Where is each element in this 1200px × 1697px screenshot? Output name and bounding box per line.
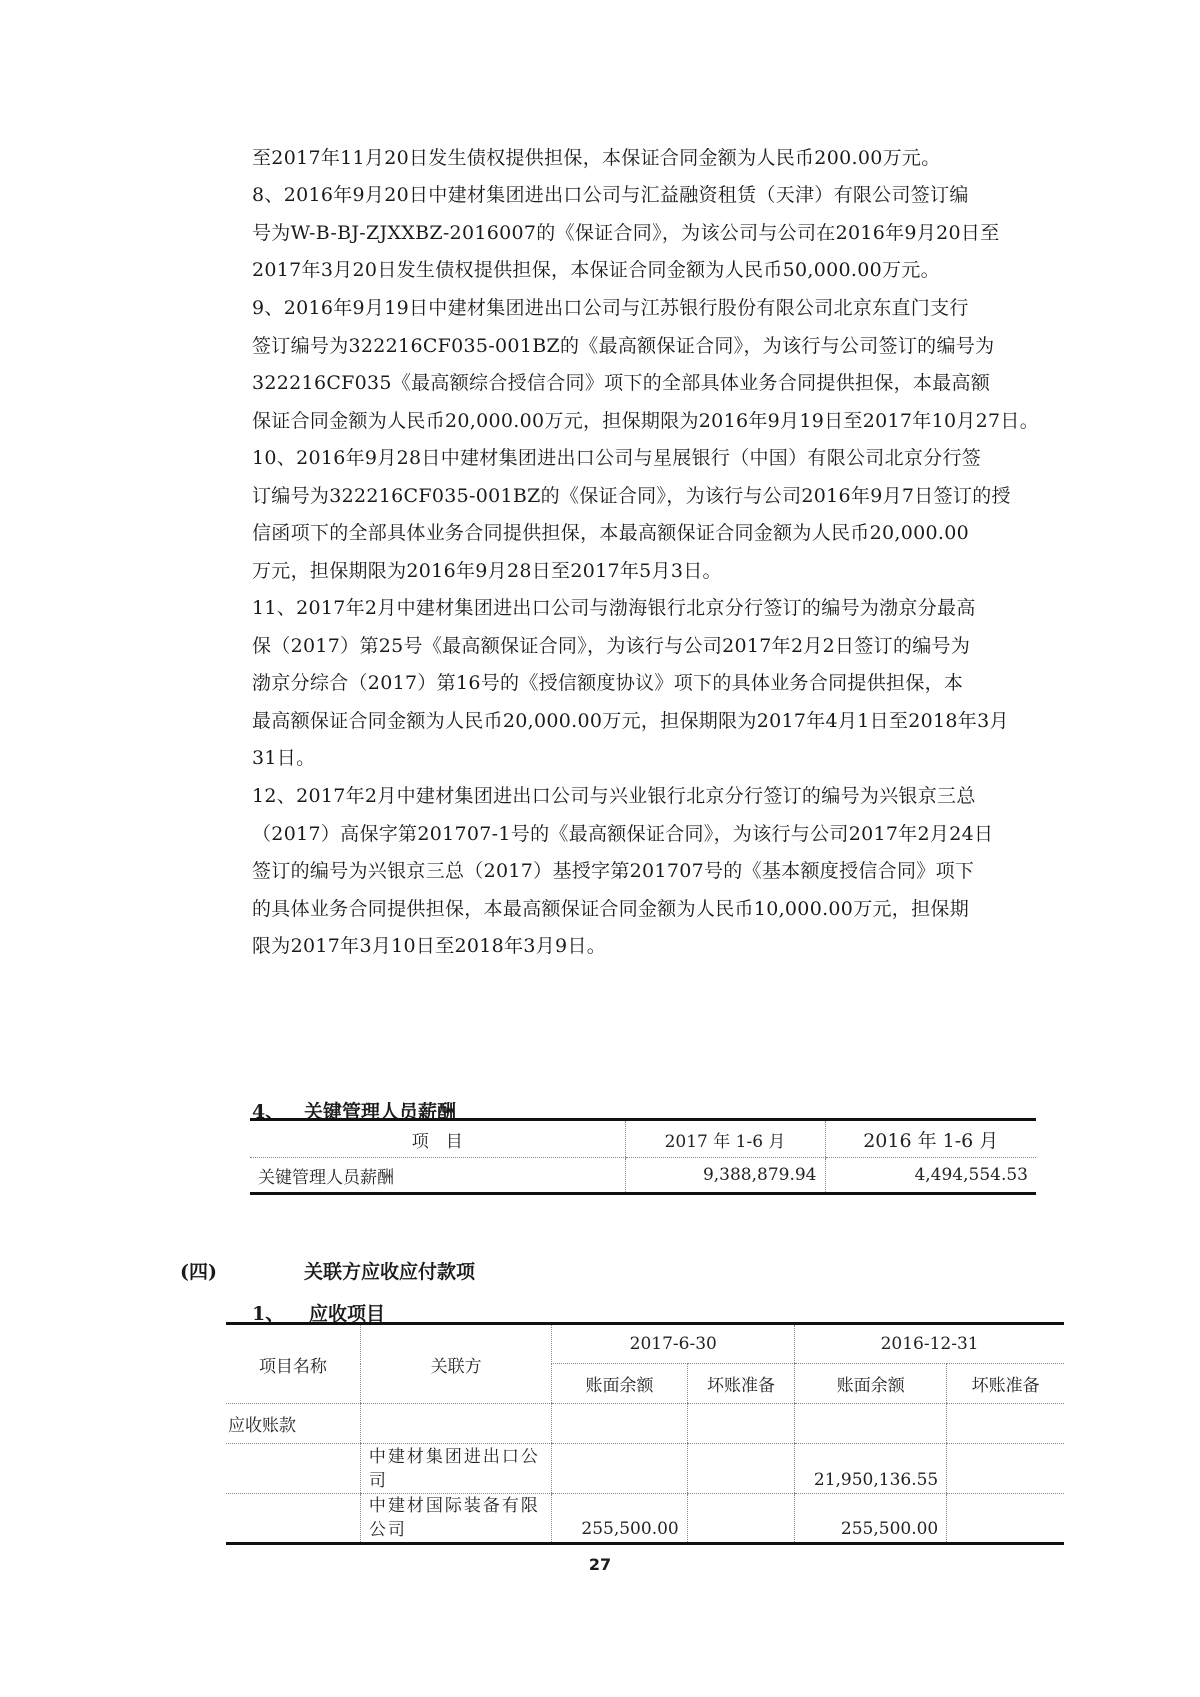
text-line: 渤京分综合（2017）第16号的《授信额度协议》项下的具体业务合同提供担保，本 — [252, 665, 982, 703]
row-balance-2016: 255,500.00 — [795, 1494, 947, 1544]
receivables-table: 项目名称 关联方 2017-6-30 2016-12-31 账面余额 坏账准备 … — [226, 1322, 1064, 1545]
text-line: 的具体业务合同提供担保，本最高额保证合同金额为人民币10,000.00万元，担保… — [252, 891, 982, 929]
row-item-name — [226, 1494, 360, 1544]
text-line: 最高额保证合同金额为人民币20,000.00万元，担保期限为2017年4月1日至… — [252, 703, 982, 741]
row-balance-2017 — [552, 1404, 687, 1444]
column-header-item: 项 目 — [250, 1120, 625, 1158]
text-line: 2017年3月20日发生债权提供担保，本保证合同金额为人民币50,000.00万… — [252, 252, 982, 290]
row-balance-2017 — [552, 1444, 687, 1494]
paragraph-8: 8、2016年9月20日中建材集团进出口公司与汇益融资租赁（天津）有限公司签订编… — [252, 177, 982, 290]
party-name-line: 中建材集团进出口公 — [369, 1445, 543, 1469]
section-number: (四) — [180, 1257, 304, 1284]
row-item-name: 应收账款 — [226, 1404, 360, 1444]
text-line: 11、2017年2月中建材集团进出口公司与渤海银行北京分行签订的编号为渤京分最高 — [252, 590, 982, 628]
text-line: 8、2016年9月20日中建材集团进出口公司与汇益融资租赁（天津）有限公司签订编 — [252, 177, 982, 215]
column-header-2017: 2017 年 1-6 月 — [625, 1120, 825, 1158]
row-provision-2016 — [947, 1404, 1064, 1444]
row-provision-2017 — [687, 1404, 795, 1444]
document-page: 至2017年11月20日发生债权提供担保，本保证合同金额为人民币200.00万元… — [0, 0, 1200, 1697]
column-header-2016: 2016 年 1-6 月 — [825, 1120, 1036, 1158]
party-name-line: 中建材国际装备有限 — [369, 1494, 543, 1518]
text-line: 31日。 — [252, 740, 982, 778]
value-2017: 9,388,879.94 — [625, 1158, 825, 1194]
row-provision-2017 — [687, 1444, 795, 1494]
row-provision-2016 — [947, 1494, 1064, 1544]
column-header-provision-2016: 坏账准备 — [947, 1364, 1064, 1404]
column-header-provision-2017: 坏账准备 — [687, 1364, 795, 1404]
text-line: 限为2017年3月10日至2018年3月9日。 — [252, 928, 982, 966]
row-balance-2016: 21,950,136.55 — [795, 1444, 947, 1494]
row-balance-2017: 255,500.00 — [552, 1494, 687, 1544]
text-line: （2017）高保字第201707-1号的《最高额保证合同》，为该行与公司2017… — [252, 816, 982, 854]
row-provision-2016 — [947, 1444, 1064, 1494]
row-related-party: 中建材集团进出口公 司 — [360, 1444, 551, 1494]
party-name-line: 司 — [369, 1469, 543, 1493]
column-header-period-2017: 2017-6-30 — [552, 1324, 795, 1364]
text-line: 12、2017年2月中建材集团进出口公司与兴业银行北京分行签订的编号为兴银京三总 — [252, 778, 982, 816]
text-line: 签订的编号为兴银京三总（2017）基授字第201707号的《基本额度授信合同》项… — [252, 853, 982, 891]
text-line: 10、2016年9月28日中建材集团进出口公司与星展银行（中国）有限公司北京分行… — [252, 440, 982, 478]
value-2016: 4,494,554.53 — [825, 1158, 1036, 1194]
paragraph-11: 11、2017年2月中建材集团进出口公司与渤海银行北京分行签订的编号为渤京分最高… — [252, 590, 982, 778]
page-number: 27 — [0, 1555, 1200, 1574]
section-title: 关联方应收应付款项 — [304, 1261, 475, 1283]
table-row: 应收账款 — [226, 1404, 1064, 1444]
text-line: 万元，担保期限为2016年9月28日至2017年5月3日。 — [252, 553, 982, 591]
column-header-balance-2016: 账面余额 — [795, 1364, 947, 1404]
text-line: 保（2017）第25号《最高额保证合同》，为该行与公司2017年2月2日签订的编… — [252, 628, 982, 666]
row-balance-2016 — [795, 1404, 947, 1444]
text-line: 订编号为322216CF035-001BZ的《保证合同》，为该行与公司2016年… — [252, 478, 982, 516]
section-heading-iv: (四)关联方应收应付款项 — [180, 1257, 475, 1284]
column-header-balance-2017: 账面余额 — [552, 1364, 687, 1404]
paragraph-10: 10、2016年9月28日中建材集团进出口公司与星展银行（中国）有限公司北京分行… — [252, 440, 982, 590]
column-header-related-party: 关联方 — [360, 1324, 551, 1404]
column-header-item-name: 项目名称 — [226, 1324, 360, 1404]
paragraph-12: 12、2017年2月中建材集团进出口公司与兴业银行北京分行签订的编号为兴银京三总… — [252, 778, 982, 966]
text-line: 信函项下的全部具体业务合同提供担保，本最高额保证合同金额为人民币20,000.0… — [252, 515, 982, 553]
table-row: 中建材国际装备有限 公司 255,500.00 255,500.00 — [226, 1494, 1064, 1544]
text-line: 保证合同金额为人民币20,000.00万元，担保期限为2016年9月19日至20… — [252, 403, 982, 441]
key-management-table: 项 目 2017 年 1-6 月 2016 年 1-6 月 关键管理人员薪酬 9… — [250, 1118, 1036, 1195]
paragraph-7-continuation: 至2017年11月20日发生债权提供担保，本保证合同金额为人民币200.00万元… — [252, 140, 982, 178]
text-line: 签订编号为322216CF035-001BZ的《最高额保证合同》，为该行与公司签… — [252, 328, 982, 366]
text-line: 322216CF035《最高额综合授信合同》项下的全部具体业务合同提供担保，本最… — [252, 365, 982, 403]
party-name-line: 公司 — [369, 1518, 543, 1542]
column-header-period-2016: 2016-12-31 — [795, 1324, 1064, 1364]
table-row: 中建材集团进出口公 司 21,950,136.55 — [226, 1444, 1064, 1494]
text-line: 号为W-B-BJ-ZJXXBZ-2016007的《保证合同》，为该公司与公司在2… — [252, 215, 982, 253]
row-item-name — [226, 1444, 360, 1494]
row-related-party: 中建材国际装备有限 公司 — [360, 1494, 551, 1544]
row-provision-2017 — [687, 1494, 795, 1544]
paragraph-9: 9、2016年9月19日中建材集团进出口公司与江苏银行股份有限公司北京东直门支行… — [252, 290, 982, 440]
row-label: 关键管理人员薪酬 — [250, 1158, 625, 1194]
row-related-party — [360, 1404, 551, 1444]
text-line: 9、2016年9月19日中建材集团进出口公司与江苏银行股份有限公司北京东直门支行 — [252, 290, 982, 328]
table-row: 关键管理人员薪酬 9,388,879.94 4,494,554.53 — [250, 1158, 1036, 1194]
text-line: 至2017年11月20日发生债权提供担保，本保证合同金额为人民币200.00万元… — [252, 140, 982, 178]
